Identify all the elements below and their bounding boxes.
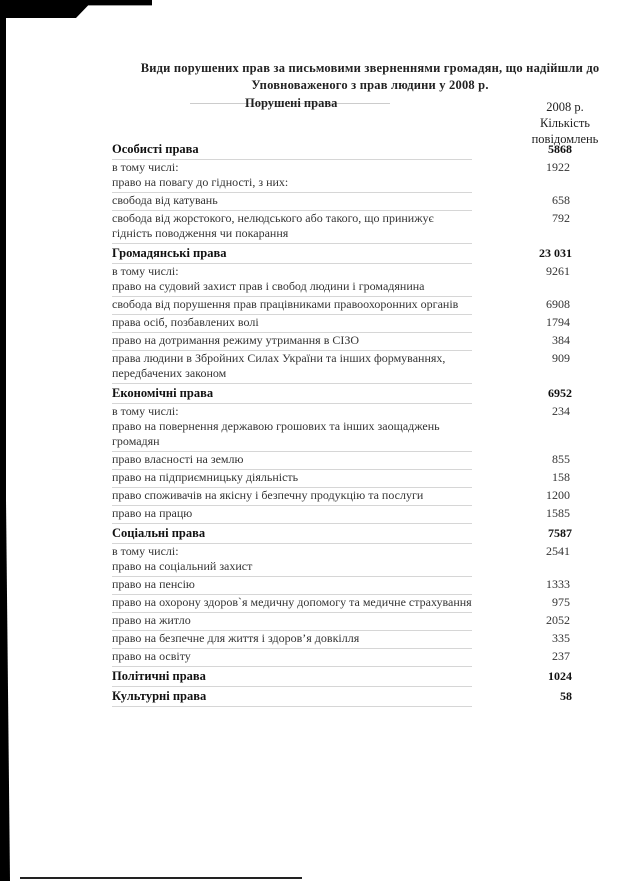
category-row: Економічні права6952 xyxy=(112,386,582,404)
row-value: 2052 xyxy=(546,613,570,628)
row-value: 975 xyxy=(552,595,570,610)
row-value: 6952 xyxy=(548,386,572,401)
row-value: 384 xyxy=(552,333,570,348)
table-row: право на пенсію1333 xyxy=(112,577,582,595)
row-label: Громадянські права xyxy=(112,246,472,261)
row-value: 158 xyxy=(552,470,570,485)
column-header-count-line1: Кількість xyxy=(500,115,630,131)
table-row: права людини в Збройних Силах України та… xyxy=(112,351,582,384)
category-row: Культурні права58 xyxy=(112,689,582,707)
row-value: 234 xyxy=(552,404,570,419)
row-label: права осіб, позбавлених волі xyxy=(112,315,472,330)
row-divider xyxy=(112,243,472,244)
row-value: 1024 xyxy=(548,669,572,684)
row-value: 6908 xyxy=(546,297,570,312)
row-divider xyxy=(112,523,472,524)
row-divider xyxy=(112,706,472,707)
category-row: Громадянські права23 031 xyxy=(112,246,582,264)
row-divider xyxy=(112,686,472,687)
title-line-1: Види порушених прав за письмовими зверне… xyxy=(100,60,640,77)
row-value: 7587 xyxy=(548,526,572,541)
title-line-2: Уповноваженого з прав людини у 2008 р. xyxy=(100,77,640,94)
category-row: Особисті права5868 xyxy=(112,142,582,160)
row-value: 792 xyxy=(552,211,570,226)
table-row: право на житло2052 xyxy=(112,613,582,631)
table-row: в тому числі:право на соціальний захист2… xyxy=(112,544,582,577)
row-prefix: в тому числі: xyxy=(112,544,472,559)
row-value: 335 xyxy=(552,631,570,646)
row-label: право на працю xyxy=(112,506,472,521)
category-row: Соціальні права7587 xyxy=(112,526,582,544)
row-value: 23 031 xyxy=(539,246,572,261)
scan-edge-left-lower xyxy=(0,500,10,881)
row-label: Соціальні права xyxy=(112,526,472,541)
table-row: права осіб, позбавлених волі1794 xyxy=(112,315,582,333)
table-row: право на підприємницьку діяльність158 xyxy=(112,470,582,488)
row-label: свобода від жорстокого, нелюдського або … xyxy=(112,211,472,241)
table-row: право на освіту237 xyxy=(112,649,582,667)
row-label: право на охорону здоров`я медичну допомо… xyxy=(112,595,472,610)
row-label: право на пенсію xyxy=(112,577,472,592)
row-value: 1585 xyxy=(546,506,570,521)
row-label: право на дотримання режиму утримання в С… xyxy=(112,333,472,348)
table-row: свобода від жорстокого, нелюдського або … xyxy=(112,211,582,244)
row-label: право на житло xyxy=(112,613,472,628)
row-label: Особисті права xyxy=(112,142,472,157)
document-title: Види порушених прав за письмовими зверне… xyxy=(100,60,640,94)
table-row: право споживачів на якісну і безпечну пр… xyxy=(112,488,582,506)
row-label: право на підприємницьку діяльність xyxy=(112,470,472,485)
row-value: 9261 xyxy=(546,264,570,279)
row-value: 658 xyxy=(552,193,570,208)
table-row: свобода від катувань658 xyxy=(112,193,582,211)
row-label: свобода від порушення прав працівниками … xyxy=(112,297,472,312)
row-label: право власності на землю xyxy=(112,452,472,467)
column-header-rights: Порушені права xyxy=(245,96,337,111)
row-label: Культурні права xyxy=(112,689,472,704)
row-value: 2541 xyxy=(546,544,570,559)
table-row: право на охорону здоров`я медичну допомо… xyxy=(112,595,582,613)
row-value: 58 xyxy=(560,689,572,704)
table-row: право на дотримання режиму утримання в С… xyxy=(112,333,582,351)
table-row: право на безпечне для життя і здоров’я д… xyxy=(112,631,582,649)
row-value: 1200 xyxy=(546,488,570,503)
row-label: право на повернення державою грошових та… xyxy=(112,419,472,449)
row-label: право на повагу до гідності, з них: xyxy=(112,175,472,190)
row-prefix: в тому числі: xyxy=(112,404,472,419)
row-value: 1794 xyxy=(546,315,570,330)
row-label: право на соціальний захист xyxy=(112,559,472,574)
table-row: право на працю1585 xyxy=(112,506,582,524)
table-row: в тому числі:право на повернення державо… xyxy=(112,404,582,452)
row-label: свобода від катувань xyxy=(112,193,472,208)
table-row: свобода від порушення прав працівниками … xyxy=(112,297,582,315)
row-label: право на судовий захист прав і свобод лю… xyxy=(112,279,472,294)
row-label: Політичні права xyxy=(112,669,472,684)
table-row: право власності на землю855 xyxy=(112,452,582,470)
row-label: право споживачів на якісну і безпечну пр… xyxy=(112,488,472,503)
row-prefix: в тому числі: xyxy=(112,264,472,279)
category-row: Політичні права1024 xyxy=(112,669,582,687)
row-prefix: в тому числі: xyxy=(112,160,472,175)
row-value: 1333 xyxy=(546,577,570,592)
table-row: в тому числі:право на повагу до гідності… xyxy=(112,160,582,193)
row-value: 5868 xyxy=(548,142,572,157)
row-label: право на освіту xyxy=(112,649,472,664)
row-value: 855 xyxy=(552,452,570,467)
scan-edge-top xyxy=(0,0,152,18)
row-label: Економічні права xyxy=(112,386,472,401)
row-label: права людини в Збройних Силах України та… xyxy=(112,351,472,381)
rights-table: Особисті права5868в тому числі:право на … xyxy=(112,140,582,707)
row-divider xyxy=(112,666,472,667)
row-value: 909 xyxy=(552,351,570,366)
row-divider xyxy=(112,383,472,384)
table-row: в тому числі:право на судовий захист пра… xyxy=(112,264,582,297)
column-header-year: 2008 р. xyxy=(500,99,630,115)
scan-edge-bottom xyxy=(20,877,302,879)
row-value: 237 xyxy=(552,649,570,664)
row-label: право на безпечне для життя і здоров’я д… xyxy=(112,631,472,646)
row-value: 1922 xyxy=(546,160,570,175)
